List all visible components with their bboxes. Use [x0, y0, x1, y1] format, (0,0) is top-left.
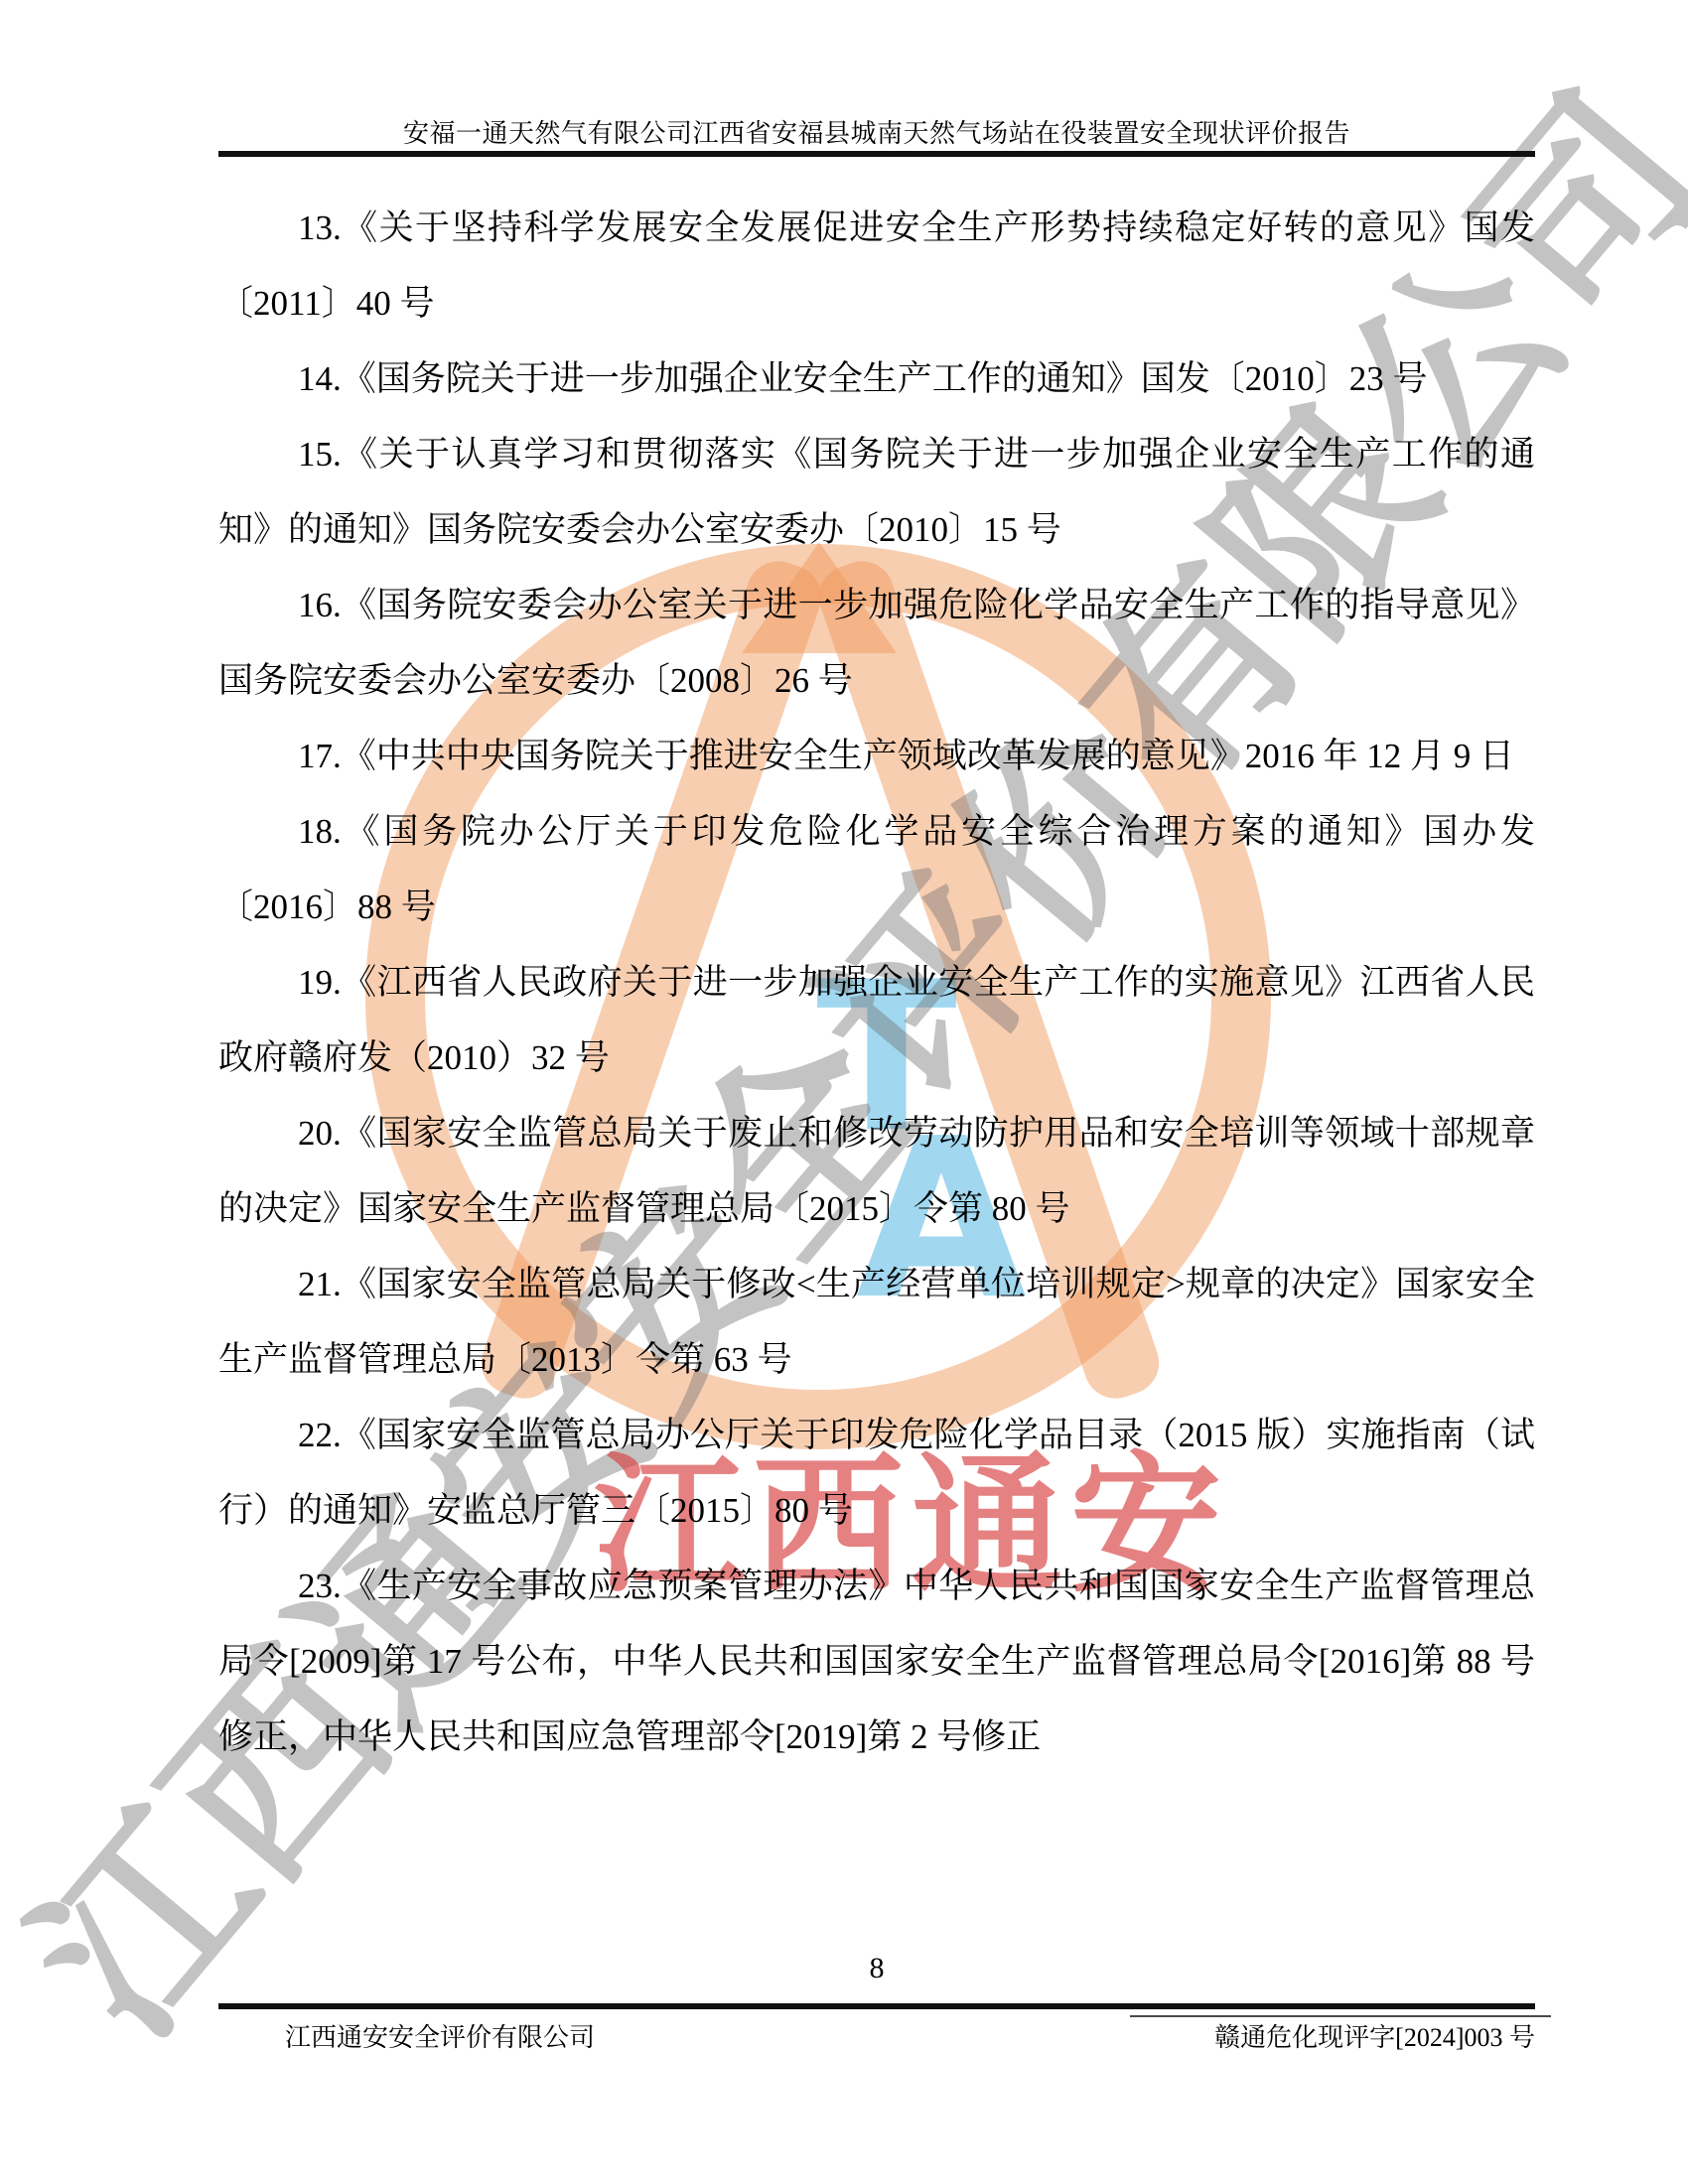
footer-doc-number: 赣通危化现评字[2024]003 号	[1214, 2017, 1535, 2054]
report-header-title: 安福一通天然气有限公司江西省安福县城南天然气场站在役装置安全现状评价报告	[218, 113, 1535, 150]
footer-company: 江西通安安全评价有限公司	[285, 2017, 595, 2054]
reference-item: 17.《中共中央国务院关于推进安全生产领域改革发展的意见》2016 年 12 月…	[218, 719, 1535, 794]
reference-item: 18.《国务院办公厅关于印发危险化学品安全综合治理方案的通知》国办发〔2016〕…	[218, 794, 1535, 945]
reference-item: 19.《江西省人民政府关于进一步加强企业安全生产工作的实施意见》江西省人民政府赣…	[218, 945, 1535, 1096]
report-page: T A 江西通安安全评价有限公司 江西通安 安福一通天然气有限公司江西省安福县城…	[0, 0, 1688, 2184]
header-rule	[218, 151, 1535, 157]
reference-item: 14.《国务院关于进一步加强企业安全生产工作的通知》国发〔2010〕23 号	[218, 341, 1535, 417]
footer-rule	[218, 2003, 1535, 2009]
reference-item: 21.《国家安全监管总局关于修改<生产经营单位培训规定>规章的决定》国家安全生产…	[218, 1247, 1535, 1398]
reference-item: 15.《关于认真学习和贯彻落实《国务院关于进一步加强企业安全生产工作的通知》的通…	[218, 417, 1535, 568]
reference-item: 22.《国家安全监管总局办公厅关于印发危险化学品目录（2015 版）实施指南（试…	[218, 1398, 1535, 1549]
reference-item: 13.《关于坚持科学发展安全发展促进安全生产形势持续稳定好转的意见》国发〔201…	[218, 191, 1535, 341]
page-number: 8	[218, 1952, 1535, 1985]
reference-item: 16.《国务院安委会办公室关于进一步加强危险化学品安全生产工作的指导意见》国务院…	[218, 568, 1535, 719]
footer-row: 江西通安安全评价有限公司 赣通危化现评字[2024]003 号	[218, 2017, 1535, 2054]
reference-item: 20.《国家安全监管总局关于废止和修改劳动防护用品和安全培训等领域十部规章的决定…	[218, 1096, 1535, 1247]
reference-list: 13.《关于坚持科学发展安全发展促进安全生产形势持续稳定好转的意见》国发〔201…	[218, 191, 1535, 1775]
reference-item: 23.《生产安全事故应急预案管理办法》中华人民共和国国家安全生产监督管理总局令[…	[218, 1549, 1535, 1775]
